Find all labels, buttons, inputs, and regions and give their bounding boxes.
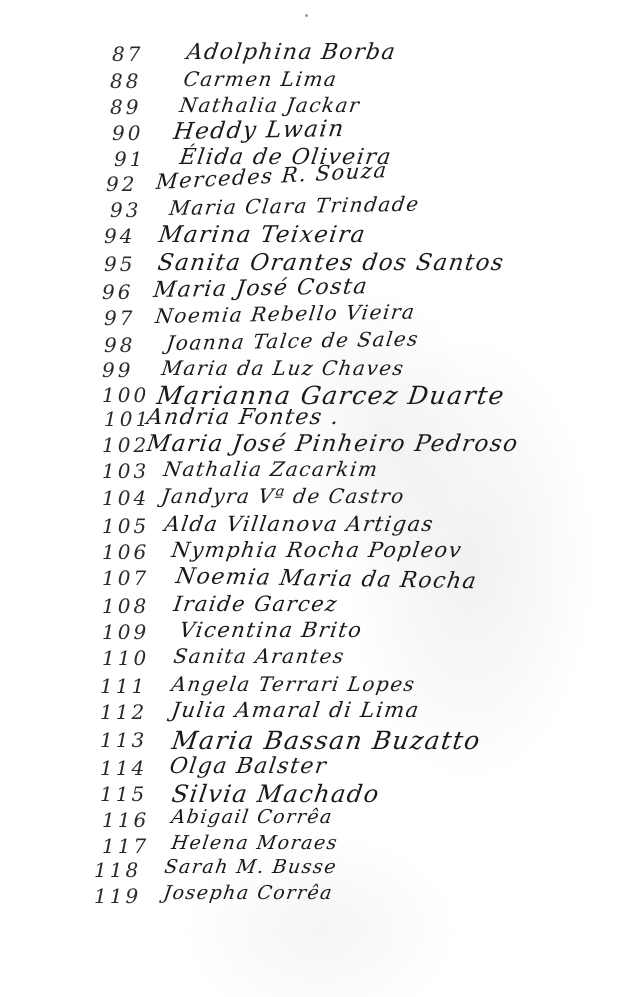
- entry-number: 117: [102, 834, 149, 858]
- entry-name: Joanna Talce de Sales: [165, 327, 421, 355]
- entry-number: 108: [102, 594, 149, 618]
- entry-number: 116: [102, 808, 149, 832]
- entry-number: 119: [94, 884, 141, 908]
- entry-name: Sanita Arantes: [172, 644, 347, 668]
- entry-number: 111: [100, 674, 147, 698]
- entry-name: Andria Fontes .: [145, 405, 341, 430]
- entry-number: 97: [104, 306, 135, 330]
- entry-name: Maria Clara Trindade: [168, 192, 421, 220]
- entry-number: 113: [100, 728, 147, 752]
- entry-name: Vicentina Brito: [178, 618, 364, 642]
- entry-number: 91: [114, 147, 145, 171]
- entry-name: Nathalia Jackar: [178, 93, 362, 117]
- entry-number: 101: [104, 407, 151, 431]
- entry-name: Maria Bassan Buzatto: [170, 726, 483, 755]
- entry-name: Jandyra Vª de Castro: [160, 484, 407, 508]
- entry-number: 118: [94, 858, 141, 882]
- entry-name: Josepha Corrêa: [162, 882, 335, 904]
- entry-number: 103: [102, 459, 149, 483]
- entry-number: 104: [102, 486, 149, 510]
- entry-name: Maria José Costa: [152, 274, 370, 303]
- entry-name: Sarah M. Busse: [163, 856, 339, 878]
- entry-number: 105: [102, 514, 149, 538]
- entry-name: Julia Amaral di Lima: [170, 698, 421, 722]
- entry-number: 100: [102, 383, 149, 407]
- entry-name: Noemia Rebello Vieira: [154, 299, 417, 328]
- entry-number: 107: [102, 566, 149, 590]
- entry-number: 94: [104, 224, 135, 248]
- entry-name: Nymphia Rocha Popleov: [170, 538, 464, 562]
- entry-name: Angela Terrari Lopes: [170, 672, 417, 696]
- entry-number: 96: [102, 280, 133, 304]
- entry-name: Heddy Lwain: [172, 116, 346, 145]
- entry-number: 110: [102, 646, 149, 670]
- entry-number: 95: [104, 252, 135, 276]
- entry-name: Abigail Corrêa: [170, 806, 334, 828]
- entry-name: Marina Teixeira: [157, 222, 368, 248]
- entry-name: Helena Moraes: [170, 832, 340, 854]
- entry-name: Nathalia Zacarkim: [162, 457, 380, 481]
- entry-number: 106: [102, 540, 149, 564]
- entry-number: 98: [104, 333, 135, 357]
- entry-name: Iraide Garcez: [172, 592, 340, 616]
- entry-name: Alda Villanova Artigas: [163, 512, 436, 536]
- entry-number: 115: [100, 782, 147, 806]
- entry-name: Maria José Pinheiro Pedroso: [145, 431, 520, 457]
- entry-number: 93: [110, 198, 141, 222]
- entry-number: 92: [106, 172, 137, 196]
- entry-number: 114: [100, 756, 147, 780]
- entry-name: Silvia Machado: [170, 780, 382, 808]
- entry-number: 109: [102, 620, 149, 644]
- entry-name: Sanita Orantes dos Santos: [156, 250, 506, 276]
- entry-number: 89: [110, 95, 141, 119]
- entry-name: Carmen Lima: [182, 67, 339, 91]
- entry-number: 99: [102, 358, 133, 382]
- entry-number: 102: [102, 433, 149, 457]
- scanned-page: 87Adolphina Borba88Carmen Lima89Nathalia…: [0, 0, 644, 997]
- bleed-through-marks: [320, 929, 450, 965]
- entry-name: Maria da Luz Chaves: [160, 356, 406, 380]
- entry-name: Noemia Maria da Rocha: [174, 564, 479, 594]
- paper-speck: [305, 14, 308, 17]
- entry-number: 87: [112, 42, 143, 66]
- entry-name: Adolphina Borba: [185, 40, 398, 65]
- entry-number: 112: [100, 700, 147, 724]
- entry-number: 88: [110, 69, 141, 93]
- entry-name: Olga Balster: [168, 754, 329, 779]
- entry-number: 90: [112, 121, 143, 145]
